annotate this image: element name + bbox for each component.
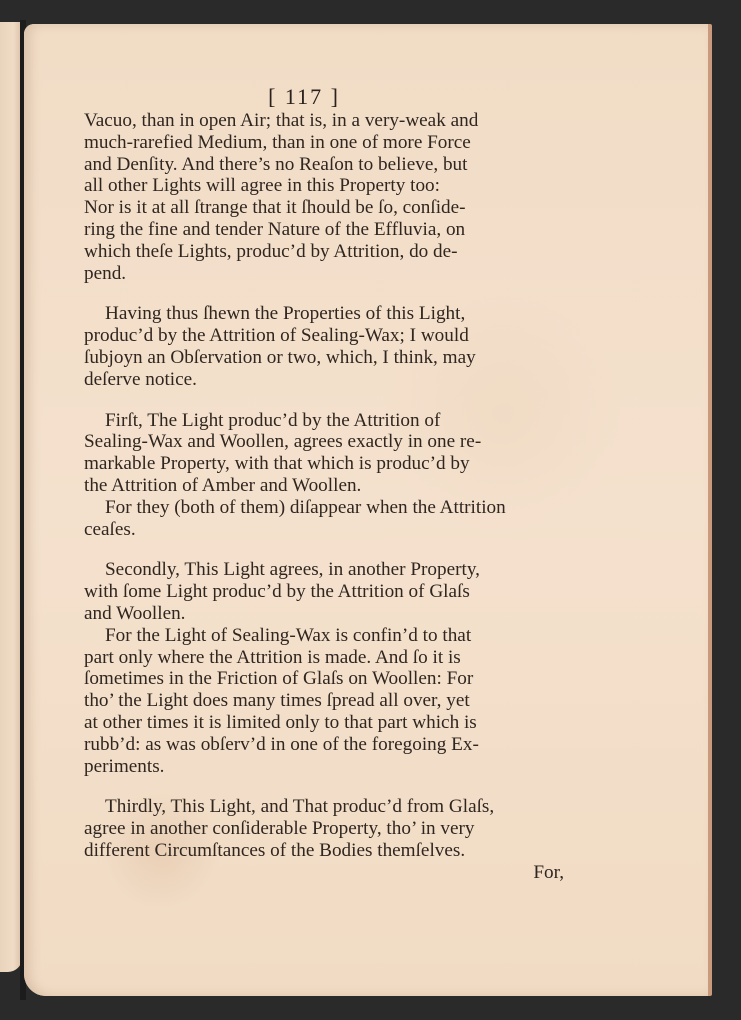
line-text: agree in another conſiderable Property, … [84,818,475,840]
text-line: tho’ the Light does many times ſpread al… [84,690,564,712]
line-text: Vacuo, than in open Air; that is, in a v… [84,110,478,132]
paragraph: For the Light of Sealing-Wax is confin’d… [84,625,564,778]
line-text: rubb’d: as was obſerv’d in one of the fo… [84,734,479,756]
catchword: For, [533,862,564,884]
line-text: with ſome Light produc’d by the Attritio… [84,581,470,603]
paragraph: Having thus ſhewn the Properties of this… [84,303,564,390]
line-text: Nor is it at all ſtrange that it ſhould … [84,197,466,219]
facing-page-edge [0,22,22,972]
line-text: ring the fine and tender Nature of the E… [84,219,465,241]
text-line: Having thus ſhewn the Properties of this… [84,303,564,325]
line-text: Sealing-Wax and Woollen, agrees exactly … [84,431,481,453]
text-line: Nor is it at all ſtrange that it ſhould … [84,197,564,219]
text-line: at other times it is limited only to tha… [84,712,564,734]
text-line: ſubjoyn an Obſervation or two, which, I … [84,347,564,369]
paragraph-gap [84,391,564,410]
line-text: ſometimes in the Friction of Glaſs on Wo… [84,668,473,690]
text-line: deſerve notice. [84,369,564,391]
line-text: all other Lights will agree in this Prop… [84,175,440,197]
line-text: Firſt, The Light produc’d by the Attriti… [105,410,440,432]
text-line: For they (both of them) diſappear when t… [84,497,564,519]
text-line: Secondly, This Light agrees, in another … [84,559,564,581]
text-line: different Circumſtances of the Bodies th… [84,840,564,862]
text-line: the Attrition of Amber and Woollen. [84,475,564,497]
book-page: [ 117 ] Vacuo, than in open Air; that is… [24,24,712,996]
line-text: ceaſes. [84,519,136,541]
paragraph-gap [84,540,564,559]
line-text: tho’ the Light does many times ſpread al… [84,690,470,712]
line-text: Thirdly, This Light, and That produc’d f… [105,796,494,818]
paragraph: Thirdly, This Light, and That produc’d f… [84,796,564,861]
line-text: which theſe Lights, produc’d by Attritio… [84,241,458,263]
text-line: all other Lights will agree in this Prop… [84,175,564,197]
page-text-block: [ 117 ] Vacuo, than in open Air; that is… [84,86,564,884]
text-line: and Woollen. [84,603,564,625]
paragraph: Vacuo, than in open Air; that is, in a v… [84,110,564,284]
line-text: Secondly, This Light agrees, in another … [105,559,480,581]
text-line: agree in another conſiderable Property, … [84,818,564,840]
text-line: with ſome Light produc’d by the Attritio… [84,581,564,603]
line-text: periments. [84,756,164,778]
line-text: markable Property, with that which is pr… [84,453,470,475]
line-text: different Circumſtances of the Bodies th… [84,840,465,862]
text-line: much-rarefied Medium, than in one of mor… [84,132,564,154]
paragraph: Firſt, The Light produc’d by the Attriti… [84,410,564,497]
text-line: Firſt, The Light produc’d by the Attriti… [84,410,564,432]
text-line: markable Property, with that which is pr… [84,453,564,475]
text-line: Vacuo, than in open Air; that is, in a v… [84,110,564,132]
catchword-line: For, [84,862,564,884]
text-line: rubb’d: as was obſerv’d in one of the fo… [84,734,564,756]
paragraph: For they (both of them) diſappear when t… [84,497,564,541]
line-text: ſubjoyn an Obſervation or two, which, I … [84,347,476,369]
text-line: Sealing-Wax and Woollen, agrees exactly … [84,431,564,453]
text-line: produc’d by the Attrition of Sealing-Wax… [84,325,564,347]
line-text: and Woollen. [84,603,185,625]
text-line: which theſe Lights, produc’d by Attritio… [84,241,564,263]
text-line: ceaſes. [84,519,564,541]
text-line: ſometimes in the Friction of Glaſs on Wo… [84,668,564,690]
text-line: For the Light of Sealing-Wax is confin’d… [84,625,564,647]
text-line: and Denſity. And there’s no Reaſon to be… [84,154,564,176]
line-text: the Attrition of Amber and Woollen. [84,475,361,497]
page-number: [ 117 ] [44,86,564,110]
paragraph-gap [84,777,564,796]
text-line: Thirdly, This Light, and That produc’d f… [84,796,564,818]
text-line: ring the fine and tender Nature of the E… [84,219,564,241]
line-text: pend. [84,263,126,285]
line-text: and Denſity. And there’s no Reaſon to be… [84,154,468,176]
text-line: part only where the Attrition is made. A… [84,647,564,669]
line-text: For the Light of Sealing-Wax is confin’d… [105,625,471,647]
paragraph-gap [84,284,564,303]
line-text: For they (both of them) diſappear when t… [105,497,506,519]
line-text: deſerve notice. [84,369,197,391]
text-line: periments. [84,756,564,778]
line-text: produc’d by the Attrition of Sealing-Wax… [84,325,469,347]
line-text: much-rarefied Medium, than in one of mor… [84,132,471,154]
line-text: at other times it is limited only to tha… [84,712,477,734]
line-text: Having thus ſhewn the Properties of this… [105,303,465,325]
line-text: part only where the Attrition is made. A… [84,647,461,669]
text-line: pend. [84,263,564,285]
paragraph: Secondly, This Light agrees, in another … [84,559,564,624]
